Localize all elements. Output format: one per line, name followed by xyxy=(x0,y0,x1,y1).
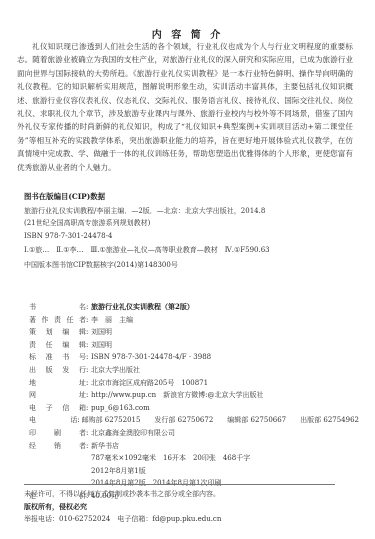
colophon-value: ISBN 978-7-301-24478-4/F · 3988 xyxy=(91,351,211,364)
summary-body: 礼仪知识现已渗透到人们社会生活的各个领域，行业礼仪也成为个人与行业文明程度的重要… xyxy=(17,40,353,174)
colophon-row-distributor: 经销者: 新华书店 xyxy=(29,440,359,453)
colophon-value: 李 丽 主编 xyxy=(91,314,133,327)
colophon-row-responsible-editor: 责任编辑: 刘国明 xyxy=(29,339,359,352)
summary-title: 内 容 简 介 xyxy=(0,26,375,41)
colophon-value: 北京大学出版社 xyxy=(91,364,140,377)
notice-line: 未经许可，不得以任何方式复制或抄袭本书之部分或全部内容。 xyxy=(24,488,221,501)
rights-reserved: 版权所有，侵权必究 xyxy=(24,501,221,514)
colophon-label: 电话 xyxy=(29,414,77,427)
colophon-row-isbn: 标准书号: ISBN 978-7-301-24478-4/F · 3988 xyxy=(29,351,359,364)
colophon-label: 地址 xyxy=(29,377,86,390)
report-contact: 举报电话：010-62752024 电子信箱：fd@pup.pku.edu.cn xyxy=(24,513,221,526)
cip-line: Ⅰ.①旅… Ⅱ.①李… Ⅲ.①旅游业—礼仪—高等职业教育—教材 Ⅳ.①F590.… xyxy=(24,244,354,256)
cip-line: 旅游行业礼仪实训教程/李丽主编．—2版．—北京：北京大学出版社，2014.8 xyxy=(24,205,354,217)
colophon-label: 标准书号 xyxy=(29,351,86,364)
colophon-label: 印刷者 xyxy=(29,427,86,440)
cip-line: (21世纪全国高职高专旅游系列规划教材) xyxy=(24,217,354,229)
colophon-label: 策划编辑 xyxy=(29,326,86,339)
cip-line: 中国版本图书馆CIP数据核字(2014)第148300号 xyxy=(24,259,354,271)
colophon: 书名: 旅游行业礼仪实训教程（第2版） 著作责任者: 李 丽 主编 策划编辑: … xyxy=(29,301,359,503)
colophon-label: 责任编辑 xyxy=(29,339,86,352)
colophon-label: 经销者 xyxy=(29,440,86,453)
colophon-value: 北京鑫海金澳胶印有限公司 xyxy=(91,427,175,440)
cip-heading: 图书在版编目(CIP)数据 xyxy=(24,191,105,202)
colophon-row-publisher: 出版发行: 北京大学出版社 xyxy=(29,364,359,377)
colophon-label: 出版发行 xyxy=(29,364,86,377)
colophon-label: 书名 xyxy=(29,301,86,314)
colophon-value: 刘国明 xyxy=(91,326,112,339)
colophon-value: 刘国明 xyxy=(91,339,112,352)
copyright-page: 内 容 简 介 礼仪知识现已渗透到人们社会生活的各个领域，行业礼仪也成为个人与行… xyxy=(0,0,375,539)
colophon-row-title: 书名: 旅游行业礼仪实训教程（第2版） xyxy=(29,301,359,314)
colophon-row-printer: 印刷者: 北京鑫海金澳胶印有限公司 xyxy=(29,427,359,440)
colophon-value: 邮购部 62752015 发行部 62750672 编辑部 62750667 出… xyxy=(82,414,359,427)
copyright-notice: 未经许可，不得以任何方式复制或抄袭本书之部分或全部内容。 版权所有，侵权必究 举… xyxy=(24,488,221,526)
colophon-value: 旅游行业礼仪实训教程（第2版） xyxy=(91,301,194,314)
colophon-row-email: 电子信箱: pup_6@163.com xyxy=(29,402,359,415)
cip-line: ISBN 978-7-301-24478-4 xyxy=(24,230,354,242)
colophon-row-address: 地址: 北京市海淀区成府路205号 100871 xyxy=(29,377,359,390)
colophon-value: 新华书店 xyxy=(91,440,119,453)
colophon-row-phone: 电话: 邮购部 62752015 发行部 62750672 编辑部 627506… xyxy=(29,414,359,427)
email-link[interactable]: pup_6@163.com xyxy=(91,402,150,415)
colophon-row-website: 网址: http://www.pup.cn 新浪官方微博:@北京大学出版社 xyxy=(29,389,359,402)
divider xyxy=(24,484,335,485)
spec-line: 787毫米×1092毫米 16开本 20印张 468千字 xyxy=(29,452,359,465)
website-link[interactable]: http://www.pup.cn 新浪官方微博:@北京大学出版社 xyxy=(91,389,264,402)
colophon-label: 网址 xyxy=(29,389,86,402)
colophon-row-author: 著作责任者: 李 丽 主编 xyxy=(29,314,359,327)
cip-block: 旅游行业礼仪实训教程/李丽主编．—2版．—北京：北京大学出版社，2014.8 (… xyxy=(24,205,354,271)
colophon-value: 北京市海淀区成府路205号 100871 xyxy=(91,377,208,390)
colophon-label: 电子信箱 xyxy=(29,402,86,415)
colophon-row-planning-editor: 策划编辑: 刘国明 xyxy=(29,326,359,339)
spec-line: 2012年8月第1版 xyxy=(29,465,359,478)
colophon-label: 著作责任者 xyxy=(29,314,86,327)
